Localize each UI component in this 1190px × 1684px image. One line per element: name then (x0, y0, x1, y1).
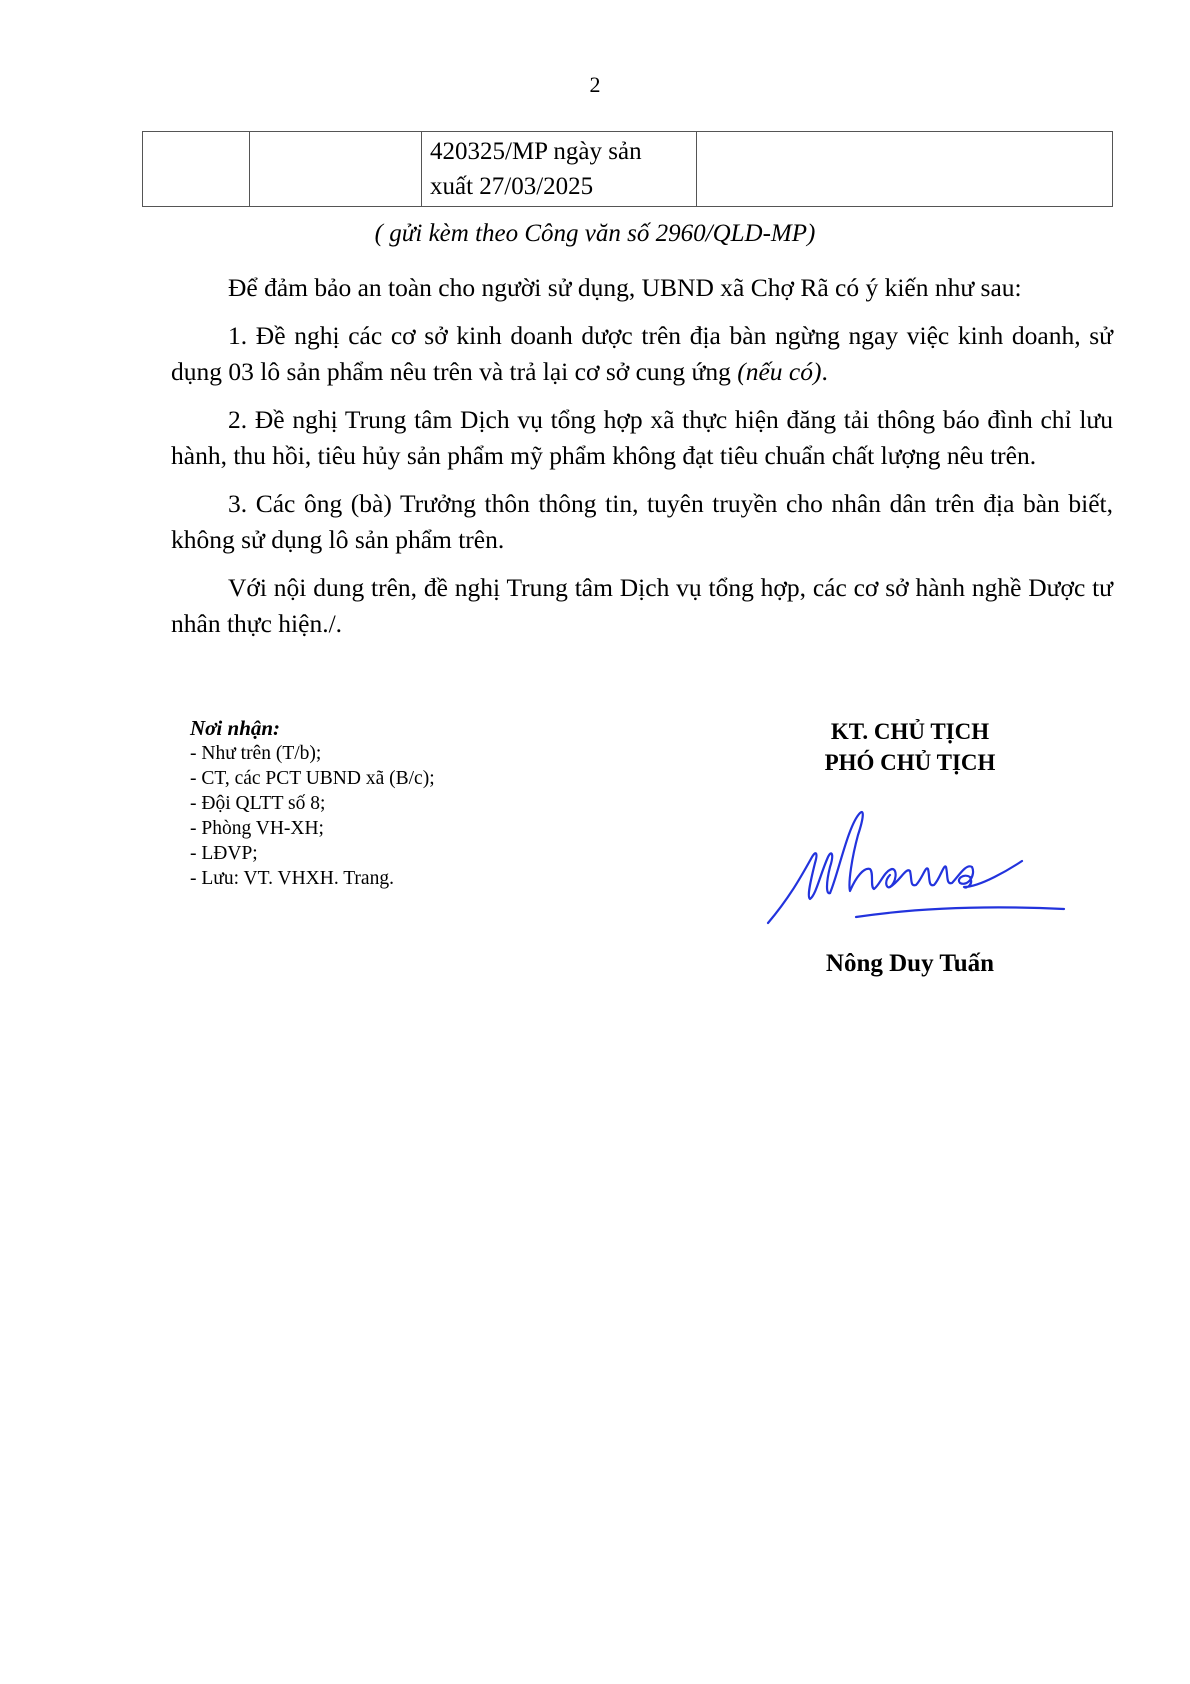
recipient-item: - Phòng VH-XH; (190, 816, 435, 841)
table-cell (697, 132, 1113, 207)
table-cell (250, 132, 422, 207)
recipients-title: Nơi nhận: (190, 716, 435, 741)
page-number: 2 (0, 72, 1190, 98)
closing-paragraph: Với nội dung trên, đề nghị Trung tâm Dịc… (171, 570, 1113, 642)
item-1-paragraph: 1. Đề nghị các cơ sở kinh doanh dược trê… (171, 318, 1113, 390)
table-cell (143, 132, 250, 207)
document-body: Để đảm bảo an toàn cho người sử dụng, UB… (171, 270, 1113, 654)
item-2-paragraph: 2. Đề nghị Trung tâm Dịch vụ tổng hợp xã… (171, 402, 1113, 474)
signer-name: Nông Duy Tuấn (770, 950, 1050, 978)
recipient-item: - Lưu: VT. VHXH. Trang. (190, 866, 435, 891)
signature-title: KT. CHỦ TỊCH PHÓ CHỦ TỊCH (770, 716, 1050, 778)
table-caption: ( gửi kèm theo Công văn số 2960/QLD-MP) (0, 220, 1190, 248)
recipient-item: - Đội QLTT số 8; (190, 791, 435, 816)
recipient-item: - Như trên (T/b); (190, 741, 435, 766)
recipient-item: - LĐVP; (190, 841, 435, 866)
recipients-block: Nơi nhận: - Như trên (T/b); - CT, các PC… (190, 716, 435, 891)
intro-paragraph: Để đảm bảo an toàn cho người sử dụng, UB… (171, 270, 1113, 306)
table-cell: 420325/MP ngày sản xuất 27/03/2025 (422, 132, 697, 207)
table-row: 420325/MP ngày sản xuất 27/03/2025 (143, 132, 1113, 207)
item-3-paragraph: 3. Các ông (bà) Trưởng thôn thông tin, t… (171, 486, 1113, 558)
product-table: 420325/MP ngày sản xuất 27/03/2025 (142, 131, 1113, 207)
recipient-item: - CT, các PCT UBND xã (B/c); (190, 766, 435, 791)
handwritten-signature-icon (760, 805, 1070, 935)
